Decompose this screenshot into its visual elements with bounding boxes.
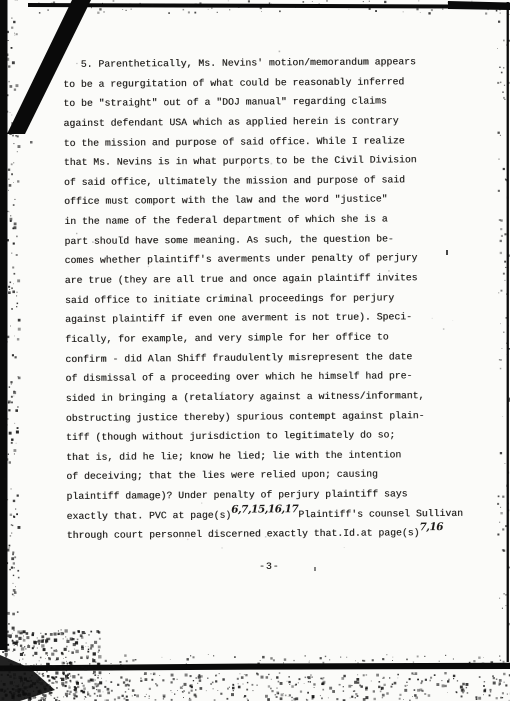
- speckle-dot: [172, 692, 173, 693]
- speckle-dot: [411, 672, 413, 674]
- speckle-dot: [14, 35, 15, 36]
- speckle-dot: [87, 658, 89, 660]
- speckle-dot: [188, 11, 190, 13]
- speckle-dot: [54, 639, 57, 642]
- speckle-dot: [13, 641, 16, 644]
- speckle-dot: [71, 651, 74, 654]
- speckle-dot: [193, 656, 195, 658]
- speckle-dot: [53, 2, 55, 4]
- speckle-dot: [18, 145, 21, 148]
- speckle-dot: [5, 696, 6, 697]
- speckle-dot: [34, 652, 37, 655]
- speckle-dot: [299, 678, 301, 680]
- speckle-dot: [447, 680, 449, 682]
- speckle-dot: [14, 449, 17, 452]
- speckle-dot: [504, 280, 505, 281]
- speckle-dot: [63, 673, 65, 675]
- speckle-dot: [295, 697, 298, 700]
- speckle-dot: [8, 402, 9, 403]
- speckle-dot: [162, 679, 164, 681]
- speckle-dot: [67, 674, 68, 675]
- speckle-dot: [74, 686, 76, 688]
- speckle-dot: [279, 51, 281, 53]
- speckle-dot: [453, 678, 454, 679]
- speckle-dot: [499, 159, 500, 160]
- speckle-dot: [20, 677, 22, 679]
- speckle-dot: [17, 406, 18, 407]
- speckle-dot: [113, 0, 115, 2]
- speckle-dot: [98, 675, 99, 676]
- speckle-dot: [22, 686, 23, 687]
- speckle-dot: [32, 682, 35, 685]
- speckle-dot: [462, 688, 465, 691]
- speckle-dot: [483, 694, 484, 695]
- speckle-dot: [82, 683, 83, 684]
- speckle-dot: [505, 179, 507, 181]
- speckle-dot: [500, 82, 502, 84]
- speckle-dot: [35, 682, 36, 683]
- speckle-dot: [193, 680, 194, 681]
- speckle-dot: [177, 690, 178, 691]
- speckle-dot: [22, 659, 23, 660]
- speckle-dot: [180, 687, 182, 689]
- speckle-dot: [80, 634, 83, 637]
- speckle-dot: [492, 675, 493, 676]
- speckle-dot: [163, 694, 166, 697]
- speckle-dot: [5, 79, 7, 81]
- speckle-dot: [322, 689, 324, 691]
- speckle-dot: [231, 693, 234, 696]
- speckle-dot: [113, 666, 115, 668]
- speckle-dot: [357, 681, 359, 683]
- speckle-dot: [70, 681, 71, 682]
- speckle-dot: [14, 226, 17, 229]
- speckle-dot: [24, 646, 25, 647]
- speckle-dot: [120, 676, 122, 678]
- speckle-dot: [26, 686, 28, 688]
- speckle-dot: [12, 642, 15, 645]
- speckle-dot: [97, 695, 99, 697]
- speckle-dot: [13, 685, 14, 686]
- speckle-dot: [114, 699, 116, 701]
- speckle-dot: [208, 9, 209, 10]
- speckle-dot: [2, 684, 3, 685]
- speckle-dot: [351, 696, 353, 698]
- speckle-dot: [429, 680, 431, 682]
- speckle-dot: [31, 4, 32, 5]
- top-right-blob: [448, 1, 510, 10]
- speckle-dot: [399, 698, 401, 700]
- speckle-dot: [346, 657, 347, 658]
- speckle-dot: [93, 652, 96, 655]
- speckle-dot: [76, 695, 78, 697]
- speckle-dot: [33, 695, 36, 698]
- speckle-dot: [92, 686, 93, 687]
- speckle-dot: [5, 694, 8, 697]
- speckle-dot: [4, 690, 6, 692]
- speckle-dot: [4, 642, 7, 645]
- speckle-dot: [77, 682, 78, 683]
- speckle-dot: [295, 7, 296, 8]
- speckle-dot: [499, 522, 500, 523]
- speckle-dot: [11, 524, 12, 525]
- speckle-dot: [6, 562, 8, 564]
- speckle-dot: [276, 696, 278, 698]
- speckle-dot: [37, 693, 38, 694]
- speckle-dot: [287, 681, 288, 682]
- speckle-dot: [66, 696, 68, 698]
- speckle-dot: [100, 675, 101, 676]
- speckle-dot: [6, 10, 8, 12]
- speckle-dot: [72, 675, 75, 678]
- speckle-dot: [371, 681, 372, 682]
- speckle-dot: [503, 332, 505, 334]
- typewritten-text: exactly that. PVC at page(s): [67, 509, 232, 521]
- speckle-dot: [425, 679, 427, 681]
- speckle-dot: [288, 676, 290, 678]
- speckle-dot: [20, 688, 22, 690]
- speckle-dot: [33, 641, 35, 643]
- speckle-dot: [17, 338, 19, 340]
- speckle-dot: [361, 685, 363, 687]
- speckle-dot: [222, 547, 223, 548]
- speckle-dot: [321, 698, 323, 700]
- speckle-dot: [208, 654, 209, 655]
- speckle-dot: [329, 659, 330, 660]
- speckle-dot: [10, 218, 13, 221]
- speckle-dot: [24, 668, 25, 669]
- speckle-dot: [50, 633, 53, 636]
- speckle-dot: [144, 672, 147, 675]
- speckle-dot: [81, 690, 82, 691]
- speckle-dot: [13, 649, 15, 651]
- speckle-dot: [17, 645, 18, 646]
- speckle-dot: [12, 552, 14, 554]
- speckle-dot: [448, 2, 450, 4]
- speckle-dot: [262, 656, 265, 659]
- speckle-dot: [17, 570, 19, 572]
- speckle-dot: [61, 652, 63, 654]
- speckle-dot: [240, 674, 241, 675]
- speckle-dot: [17, 695, 19, 697]
- speckle-dot: [261, 676, 264, 679]
- speckle-dot: [20, 632, 22, 634]
- speckle-dot: [38, 668, 39, 669]
- speckle-dot: [110, 681, 112, 683]
- speckle-dot: [14, 423, 15, 424]
- speckle-dot: [103, 692, 104, 693]
- speckle-dot: [191, 690, 193, 692]
- speckle-dot: [446, 5, 448, 7]
- speckle-dot: [20, 678, 23, 681]
- speckle-dot: [190, 675, 192, 677]
- speckle-dot: [504, 85, 505, 86]
- speckle-dot: [229, 687, 230, 688]
- speckle-dot: [8, 649, 10, 651]
- speckle-dot: [507, 211, 508, 212]
- speckle-dot: [151, 4, 153, 6]
- speckle-dot: [232, 687, 235, 690]
- speckle-dot: [14, 567, 15, 568]
- speckle-dot: [8, 631, 9, 632]
- speckle-dot: [49, 692, 52, 695]
- speckle-dot: [4, 691, 6, 693]
- speckle-dot: [14, 682, 15, 683]
- speckle-dot: [23, 638, 24, 639]
- speckle-dot: [20, 653, 23, 656]
- speckle-dot: [122, 695, 124, 697]
- speckle-dot: [78, 631, 80, 633]
- speckle-dot: [106, 681, 107, 682]
- speckle-dot: [41, 664, 42, 665]
- speckle-dot: [88, 666, 91, 669]
- speckle-dot: [338, 664, 341, 667]
- speckle-dot: [68, 651, 69, 652]
- speckle-dot: [8, 179, 9, 180]
- speckle-dot: [32, 632, 34, 634]
- speckle-dot: [10, 535, 11, 536]
- speckle-dot: [502, 528, 504, 530]
- speckle-dot: [68, 686, 70, 688]
- speckle-dot: [320, 678, 322, 680]
- speckle-dot: [212, 682, 214, 684]
- speckle-dot: [77, 639, 79, 641]
- speckle-dot: [19, 660, 20, 661]
- speckle-dot: [22, 684, 23, 685]
- speckle-dot: [155, 683, 157, 685]
- speckle-dot: [288, 696, 289, 697]
- speckle-dot: [336, 698, 338, 700]
- speckle-dot: [63, 662, 64, 663]
- speckle-dot: [39, 660, 40, 661]
- speckle-dot: [365, 696, 368, 699]
- speckle-dot: [36, 664, 37, 665]
- speckle-dot: [30, 684, 33, 687]
- speckle-dot: [60, 678, 61, 679]
- speckle-dot: [283, 693, 284, 694]
- speckle-dot: [45, 633, 47, 635]
- speckle-dot: [66, 640, 69, 643]
- speckle-dot: [97, 677, 98, 678]
- speckle-dot: [500, 228, 502, 230]
- typewritten-text: plaintiff damage)? Under penalty of perj…: [66, 488, 407, 502]
- speckle-dot: [55, 650, 57, 652]
- speckle-dot: [36, 674, 37, 675]
- speckle-dot: [14, 89, 16, 91]
- speckle-dot: [56, 659, 58, 661]
- speckle-dot: [447, 664, 448, 665]
- typewritten-text: through court personnel discerned exactl…: [67, 528, 420, 542]
- speckle-dot: [38, 673, 40, 675]
- speckle-dot: [72, 668, 73, 669]
- speckle-dot: [8, 169, 10, 171]
- speckle-dot: [10, 282, 12, 284]
- speckle-dot: [63, 662, 65, 664]
- speckle-dot: [500, 240, 502, 242]
- speckle-dot: [314, 687, 315, 688]
- speckle-dot: [356, 678, 359, 681]
- speckle-dot: [498, 684, 500, 686]
- speckle-dot: [321, 683, 323, 685]
- speckle-dot: [415, 697, 418, 700]
- speckle-dot: [503, 550, 505, 552]
- speckle-dot: [91, 679, 94, 682]
- speckle-dot: [200, 675, 202, 677]
- typewritten-text: confirm - did Alan Shiff fraudulently mi…: [65, 351, 412, 365]
- speckle-dot: [215, 675, 217, 677]
- speckle-dot: [247, 699, 248, 700]
- speckle-dot: [219, 673, 220, 674]
- speckle-dot: [67, 674, 69, 676]
- speckle-dot: [428, 694, 431, 697]
- speckle-dot: [151, 673, 152, 674]
- speckle-dot: [15, 0, 16, 1]
- speckle-dot: [95, 680, 96, 681]
- speckle-dot: [355, 660, 356, 661]
- speckle-dot: [186, 663, 187, 664]
- speckle-dot: [48, 639, 49, 640]
- scanned-document-page: 5. Parenthetically, Ms. Nevins' motion/m…: [0, 0, 510, 701]
- speckle-dot: [170, 690, 171, 691]
- speckle-dot: [497, 82, 499, 84]
- speckle-dot: [65, 685, 67, 687]
- speckle-dot: [8, 81, 9, 82]
- speckle-dot: [363, 698, 366, 701]
- speckle-dot: [500, 452, 502, 454]
- speckle-dot: [9, 289, 10, 290]
- speckle-dot: [48, 680, 50, 682]
- speckle-dot: [365, 688, 368, 691]
- speckle-dot: [497, 503, 499, 505]
- speckle-dot: [488, 9, 489, 10]
- speckle-dot: [66, 661, 67, 662]
- speckle-dot: [6, 58, 9, 61]
- speckle-dot: [391, 686, 393, 688]
- speckle-dot: [191, 686, 193, 688]
- speckle-dot: [319, 3, 320, 4]
- speckle-dot: [27, 693, 30, 696]
- speckle-dot: [276, 692, 279, 695]
- speckle-dot: [9, 691, 11, 693]
- speckle-dot: [99, 681, 102, 684]
- speckle-dot: [502, 549, 504, 551]
- speckle-dot: [97, 684, 99, 686]
- speckle-dot: [199, 679, 202, 682]
- speckle-dot: [312, 698, 314, 700]
- speckle-dot: [84, 699, 85, 700]
- speckle-dot: [13, 673, 16, 676]
- speckle-dot: [500, 507, 501, 508]
- speckle-dot: [439, 661, 440, 662]
- speckle-dot: [412, 696, 413, 697]
- speckle-dot: [49, 687, 51, 689]
- speckle-dot: [376, 674, 379, 677]
- speckle-dot: [509, 14, 510, 15]
- speckle-dot: [61, 678, 64, 681]
- speckle-dot: [11, 402, 13, 404]
- speckle-dot: [13, 696, 15, 698]
- speckle-dot: [71, 665, 74, 668]
- speckle-dot: [442, 9, 443, 10]
- speckle-dot: [195, 689, 197, 691]
- speckle-dot: [184, 683, 187, 686]
- speckle-dot: [23, 636, 24, 637]
- speckle-dot: [352, 685, 353, 686]
- speckle-dot: [23, 630, 26, 633]
- speckle-dot: [14, 273, 16, 275]
- speckle-dot: [9, 461, 11, 463]
- speckle-dot: [55, 671, 58, 674]
- speckle-dot: [507, 13, 508, 14]
- speckle-dot: [278, 681, 280, 683]
- speckle-dot: [111, 690, 113, 692]
- speckle-dot: [483, 690, 486, 693]
- speckle-dot: [12, 639, 13, 640]
- speckle-dot: [462, 692, 464, 694]
- speckle-dot: [28, 681, 30, 683]
- speckle-dot: [260, 7, 262, 9]
- speckle-dot: [53, 682, 54, 683]
- speckle-dot: [74, 661, 75, 662]
- speckle-dot: [47, 9, 48, 10]
- speckle-dot: [65, 657, 66, 658]
- speckle-dot: [83, 687, 86, 690]
- speckle-dot: [66, 671, 67, 672]
- speckle-dot: [89, 695, 91, 697]
- speckle-dot: [87, 651, 89, 653]
- speckle-dot: [8, 454, 9, 455]
- speckle-dot: [404, 663, 406, 665]
- speckle-dot: [422, 690, 424, 692]
- speckle-dot: [10, 381, 12, 383]
- handwritten-page-numbers: 7,16: [419, 521, 443, 533]
- speckle-dot: [37, 671, 39, 673]
- speckle-dot: [18, 684, 19, 685]
- speckle-dot: [163, 696, 165, 698]
- speckle-dot: [7, 499, 8, 500]
- speckle-dot: [507, 694, 508, 695]
- speckle-dot: [503, 97, 505, 99]
- speckle-dot: [123, 681, 125, 683]
- speckle-dot: [132, 689, 135, 692]
- speckle-dot: [498, 132, 500, 134]
- speckle-dot: [353, 691, 354, 692]
- speckle-dot: [16, 84, 19, 87]
- speckle-dot: [102, 3, 103, 4]
- speckle-dot: [37, 641, 38, 642]
- speckle-dot: [18, 319, 21, 322]
- speckle-dot: [210, 683, 212, 685]
- speckle-dot: [88, 634, 89, 635]
- speckle-dot: [394, 682, 397, 685]
- speckle-dot: [378, 686, 380, 688]
- speckle-dot: [13, 243, 15, 245]
- speckle-dot: [182, 686, 183, 687]
- speckle-dot: [11, 27, 13, 29]
- speckle-dot: [9, 184, 12, 187]
- speckle-dot: [119, 661, 121, 663]
- speckle-dot: [11, 396, 13, 398]
- speckle-dot: [312, 1, 313, 2]
- speckle-dot: [45, 642, 47, 644]
- speckle-dot: [293, 660, 294, 661]
- speckle-dot: [43, 694, 46, 697]
- speckle-dot: [46, 638, 48, 640]
- speckle-dot: [56, 649, 57, 650]
- speckle-dot: [237, 678, 239, 680]
- speckle-dot: [25, 648, 26, 649]
- speckle-dot: [163, 698, 164, 699]
